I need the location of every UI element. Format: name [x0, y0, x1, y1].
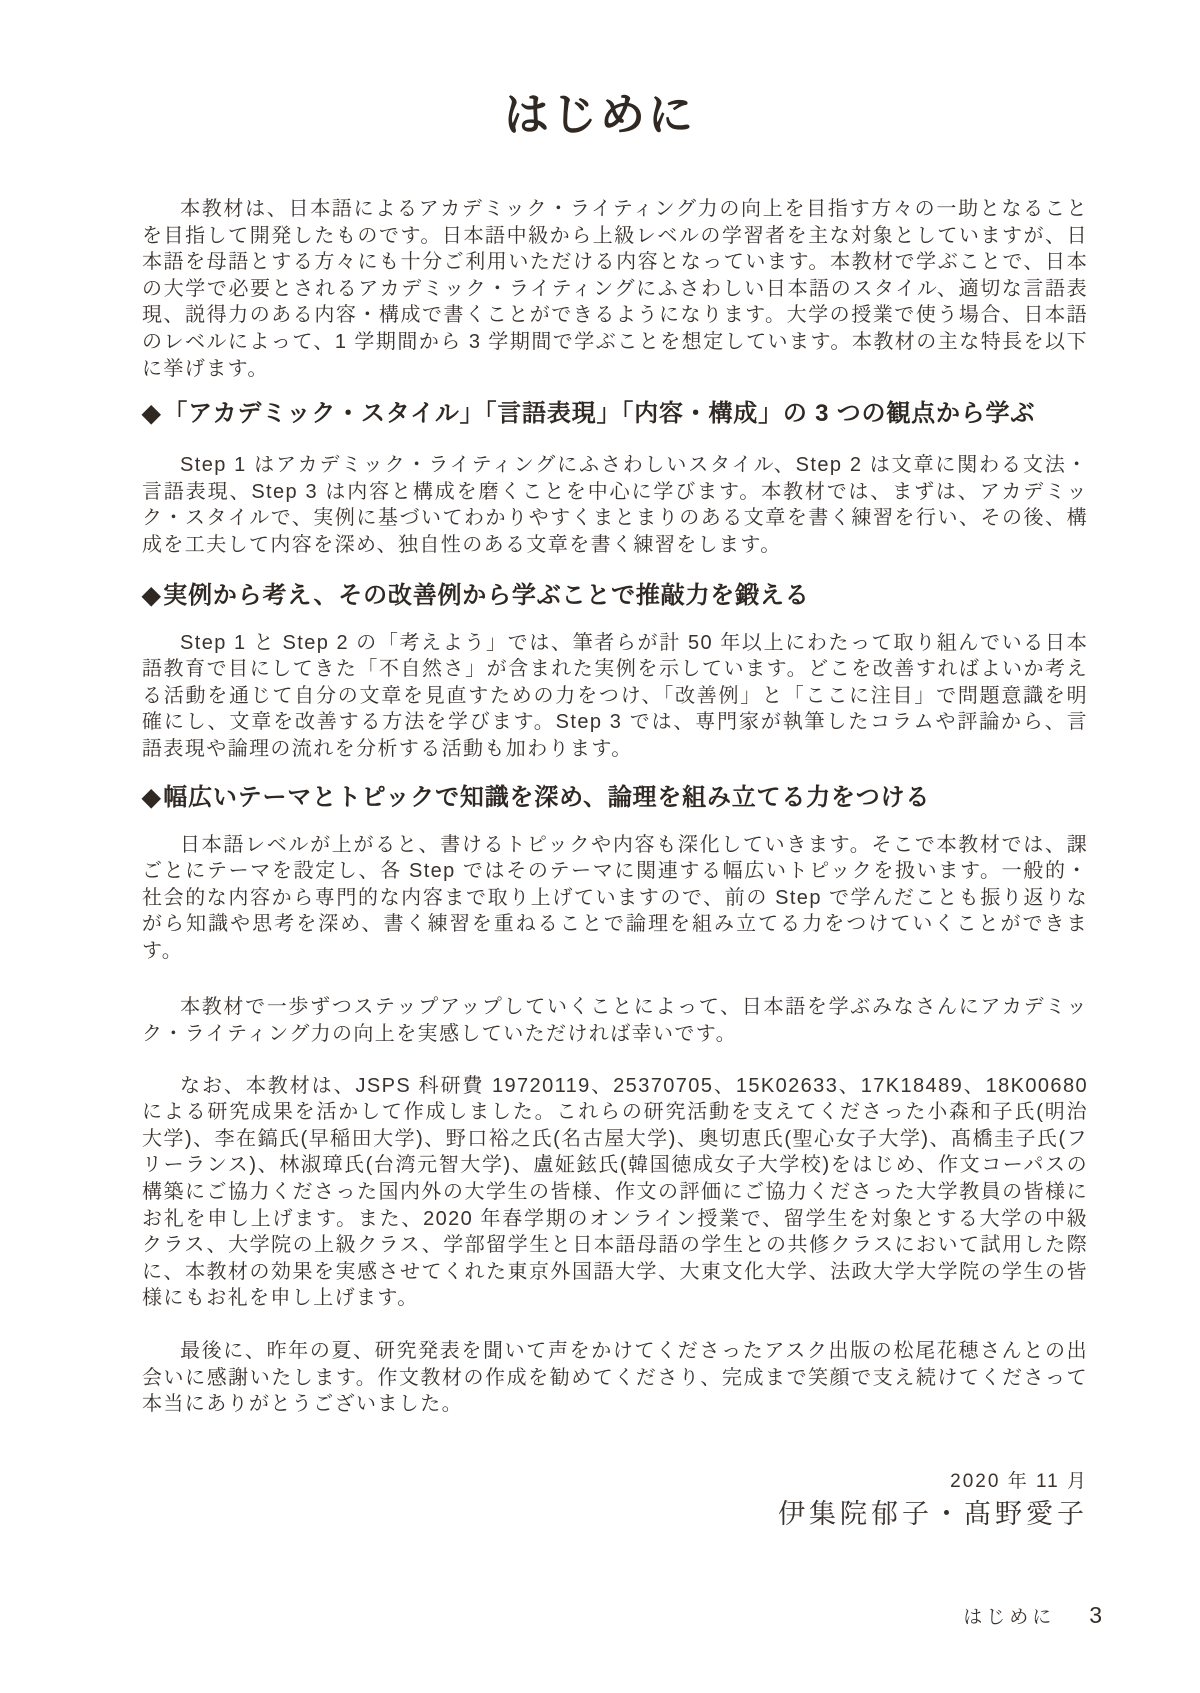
diamond-bullet-icon: ◆ [142, 784, 161, 811]
diamond-bullet-icon: ◆ [142, 400, 161, 427]
section-revision-skill: ◆実例から考え、その改善例から学ぶことで推敲力を鍛える Step 1 と Ste… [142, 580, 1088, 763]
section-three-perspectives-heading: ◆「アカデミック・スタイル」「言語表現」「内容・構成」の 3 つの観点から学ぶ [142, 398, 1088, 429]
footer-section-label: はじめに [963, 1602, 1055, 1629]
preface-page: はじめに 本教材は、日本語によるアカデミック・ライティング力の向上を目指す方々の… [0, 0, 1200, 1693]
author-names: 伊集院郁子・髙野愛子 [142, 1497, 1088, 1531]
section-wide-themes: ◆幅広いテーマとトピックで知識を深め、論理を組み立てる力をつける 日本語レベルが… [142, 782, 1088, 965]
section-three-perspectives: ◆「アカデミック・スタイル」「言語表現」「内容・構成」の 3 つの観点から学ぶ … [142, 398, 1088, 558]
section-heading-text: 実例から考え、その改善例から学ぶことで推敲力を鍛える [163, 582, 809, 609]
diamond-bullet-icon: ◆ [142, 582, 161, 609]
acknowledgment-paragraph: なお、本教材は、JSPS 科研費 19720119、25370705、15K02… [142, 1073, 1088, 1312]
page-footer: はじめに 3 [963, 1602, 1102, 1629]
section-revision-skill-heading: ◆実例から考え、その改善例から学ぶことで推敲力を鍛える [142, 580, 1088, 611]
section-wide-themes-heading: ◆幅広いテーマとトピックで知識を深め、論理を組み立てる力をつける [142, 782, 1088, 813]
section-revision-skill-body: Step 1 と Step 2 の「考えよう」では、筆者らが計 50 年以上にわ… [142, 630, 1088, 763]
stepup-paragraph: 本教材で一歩ずつステップアップしていくことによって、日本語を学ぶみなさんにアカデ… [142, 994, 1088, 1047]
thanks-paragraph: 最後に、昨年の夏、研究発表を聞いて声をかけてくださったアスク出版の松尾花穂さんと… [142, 1338, 1088, 1418]
footer-page-number: 3 [1089, 1602, 1102, 1629]
section-heading-text: 幅広いテーマとトピックで知識を深め、論理を組み立てる力をつける [163, 784, 930, 811]
page-title: はじめに [0, 0, 1200, 144]
intro-paragraph: 本教材は、日本語によるアカデミック・ライティング力の向上を目指す方々の一助となる… [142, 196, 1088, 382]
publication-date: 2020 年 11 月 [142, 1468, 1088, 1495]
section-wide-themes-body: 日本語レベルが上がると、書けるトピックや内容も深化していきます。そこで本教材では… [142, 832, 1088, 965]
section-heading-text: 「アカデミック・スタイル」「言語表現」「内容・構成」の 3 つの観点から学ぶ [163, 400, 1035, 427]
signoff-block: 2020 年 11 月 伊集院郁子・髙野愛子 [142, 1468, 1088, 1531]
page-content: 本教材は、日本語によるアカデミック・ライティング力の向上を目指す方々の一助となる… [142, 196, 1088, 1531]
section-three-perspectives-body: Step 1 はアカデミック・ライティングにふさわしいスタイル、Step 2 は… [142, 452, 1088, 558]
